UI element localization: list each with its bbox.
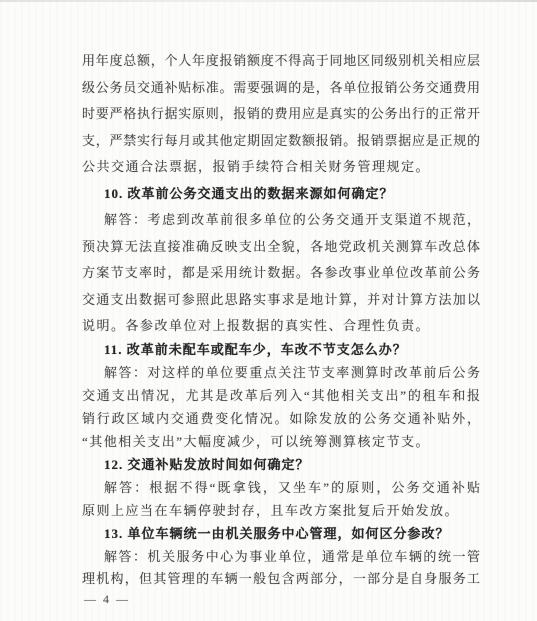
page-number: — 4 — — [84, 592, 130, 607]
body-line: 时要严格执行据实原则，报销的费用应是真实的公务出行的正常开 — [82, 101, 480, 128]
question-heading: 13. 单位车辆统一由机关服务中心管理，如何区分参改？ — [82, 523, 480, 546]
body-line: 预决算无法直接准确反映支出全貌，各地党政机关测算车改总体 — [82, 234, 480, 260]
body-line: 理机构，但其管理的车辆一般包含两部分，一部分是自身服务工 — [82, 568, 480, 591]
body-line: 级公务员交通补贴标准。需要强调的是，各单位报销公务交通费用 — [82, 75, 480, 102]
body-line: 交通支出数据可参照此思路实事求是地计算，并对计算方法加以 — [82, 287, 480, 313]
body-line: 支，严禁实行每月或其他定期固定数额报销。报销票据应是正规的 — [82, 128, 480, 155]
body-line: 交通支出情况，尤其是改革后列入“其他相关支出”的租车和报 — [82, 385, 480, 408]
body-line: “其他相关支出”大幅度减少，可以统筹测算核定节支。 — [82, 431, 480, 454]
scan-edge-line — [0, 0, 537, 2]
document-text-block: 用年度总额，个人年度报销额度不得高于同地区同级别机关相应层 级公务员交通补贴标准… — [82, 48, 480, 591]
qa-section-11: 11. 改革前未配车或配车少，车改不节支怎么办？ 解答：对这样的单位要重点关注节… — [82, 339, 480, 454]
body-line: 用年度总额，个人年度报销额度不得高于同地区同级别机关相应层 — [82, 48, 480, 75]
qa-section-13: 13. 单位车辆统一由机关服务中心管理，如何区分参改？ 解答：机关服务中心为事业… — [82, 523, 480, 592]
body-line: 解答：根据不得“既拿钱，又坐车”的原则，公务交通补贴 — [82, 477, 480, 500]
body-line: 方案节支率时，都是采用统计数据。各参改事业单位改革前公务 — [82, 260, 480, 286]
question-heading: 11. 改革前未配车或配车少，车改不节支怎么办？ — [82, 339, 480, 362]
body-line: 解答：考虑到改革前很多单位的公务交通开支渠道不规范， — [82, 207, 480, 233]
question-heading: 12. 交通补贴发放时间如何确定？ — [82, 454, 480, 477]
body-line: 公共交通合法票据，报销手续符合相关财务管理规定。 — [82, 154, 480, 181]
body-line: 原则上应当在车辆停驶封存，且车改方案批复后开始发放。 — [82, 500, 480, 523]
body-line: 说明。各参改单位对上报数据的真实性、合理性负责。 — [82, 313, 480, 339]
intro-paragraph: 用年度总额，个人年度报销额度不得高于同地区同级别机关相应层 级公务员交通补贴标准… — [82, 48, 480, 181]
qa-section-12: 12. 交通补贴发放时间如何确定？ 解答：根据不得“既拿钱，又坐车”的原则，公务… — [82, 454, 480, 523]
body-line: 解答：机关服务中心为事业单位，通常是单位车辆的统一管 — [82, 546, 480, 569]
body-line: 解答：对这样的单位要重点关注节支率测算时改革前后公务 — [82, 362, 480, 385]
question-heading: 10. 改革前公务交通支出的数据来源如何确定？ — [82, 181, 480, 207]
qa-section-10: 10. 改革前公务交通支出的数据来源如何确定？ 解答：考虑到改革前很多单位的公务… — [82, 181, 480, 339]
body-line: 销行政区域内交通费变化情况。如除发放的公务交通补贴外， — [82, 408, 480, 431]
scanned-document-page: 用年度总额，个人年度报销额度不得高于同地区同级别机关相应层 级公务员交通补贴标准… — [0, 0, 537, 621]
